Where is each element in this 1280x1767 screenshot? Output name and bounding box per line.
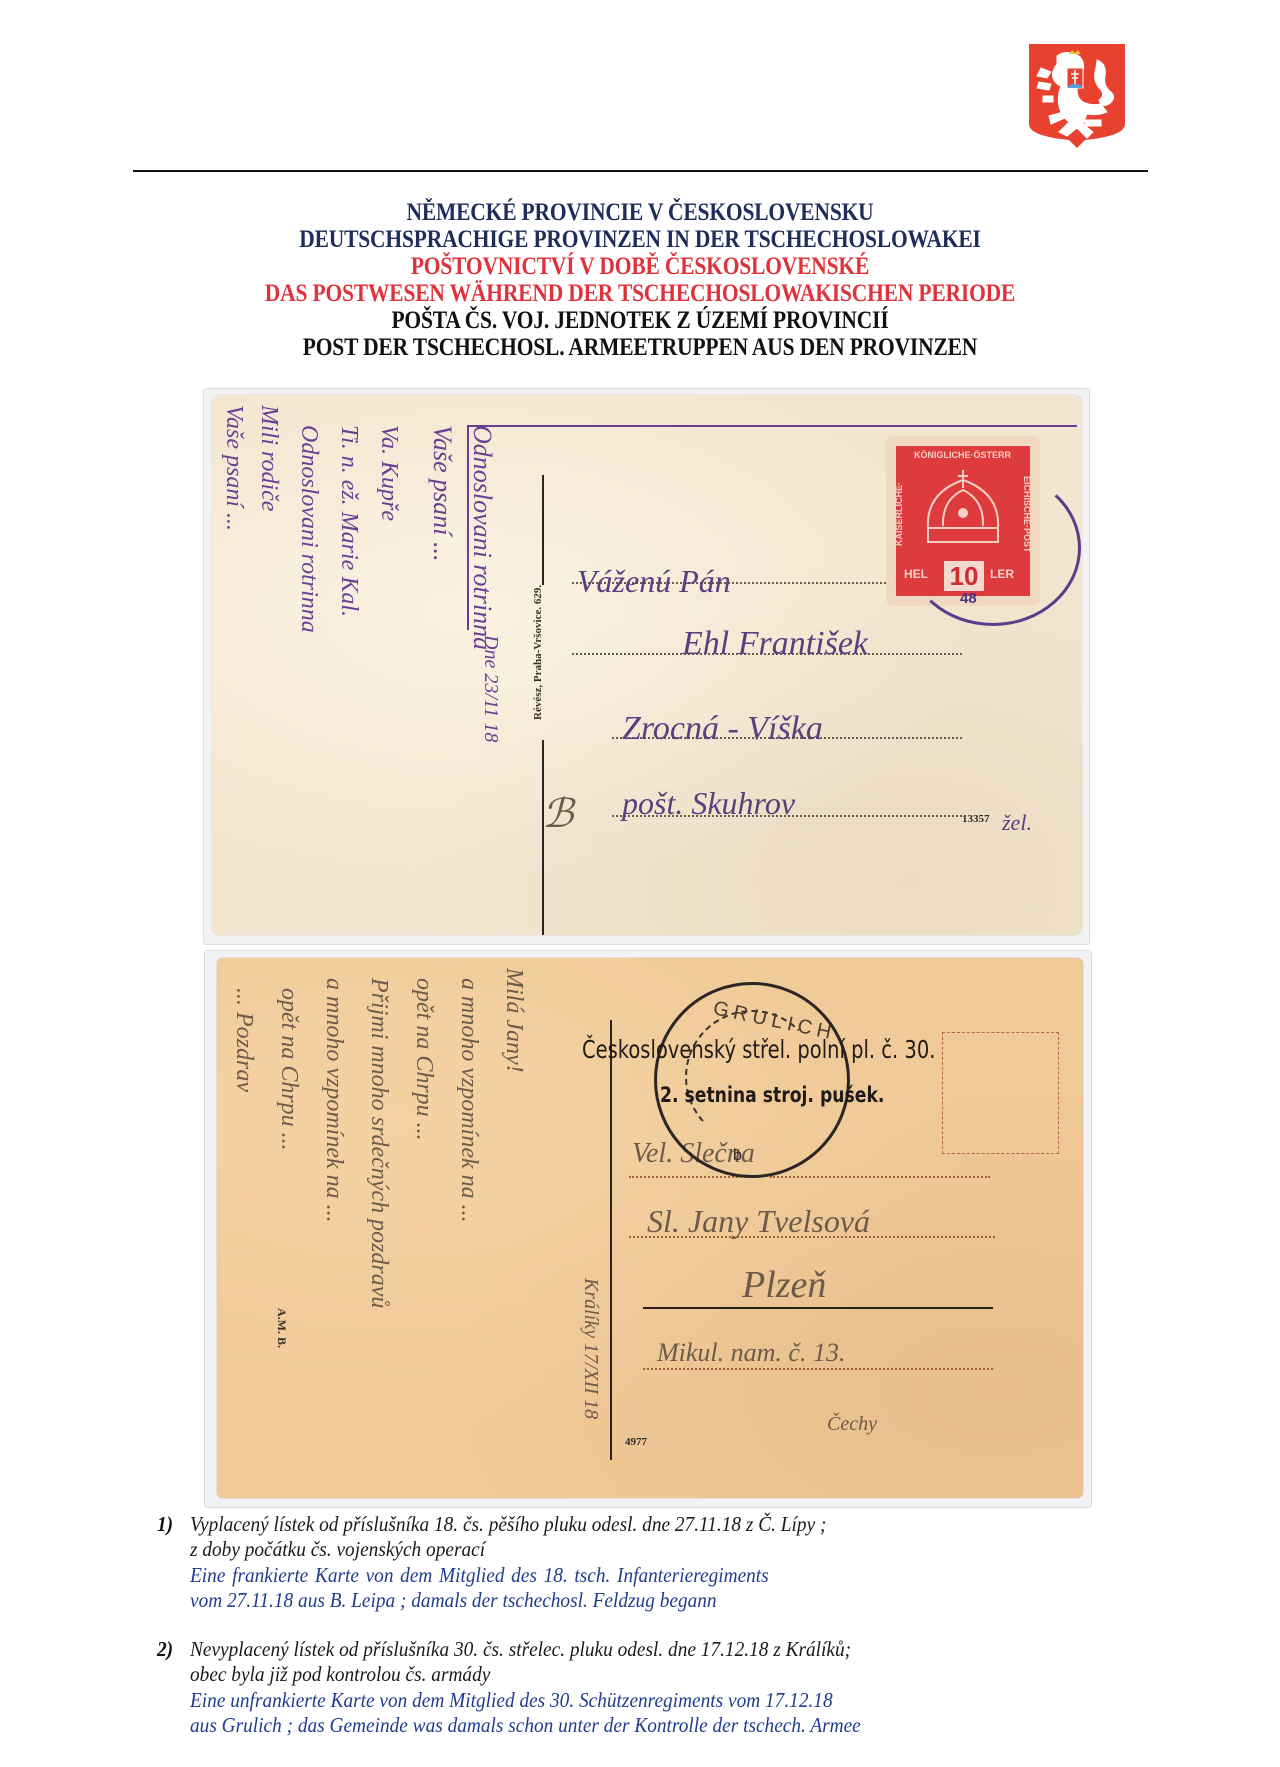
message-line: Vaše psaní ... [427,425,457,562]
postmark-letter: b [733,1147,742,1165]
message-line: Odnoslovani rotrinna [295,425,322,633]
message-line: Odnoslovani rotrinna [467,425,497,650]
card-divider-top [542,475,544,585]
address-line: Mikul. nam. č. 13. [657,1338,845,1368]
unit-cachet-line-1: Československý střel. polní pl. č. 30. [582,1035,935,1064]
publisher-mark: A.M. B. [274,1308,289,1348]
unit-cachet-line-2: 2. setnina stroj. pušek. [660,1083,884,1107]
address-line: Ehl František [682,625,868,663]
title-cz-postal: POŠTOVNICTVÍ V DOBĚ ČESKOSLOVENSKÉ [90,253,1191,281]
stamp-placeholder-box [942,1032,1059,1154]
message-line: Přijmi mnoho srdečných pozdravů [365,978,392,1308]
address-suffix: žel. [1002,810,1032,836]
message-line: Milá Jany! [500,968,527,1073]
caption-2-cz-line-2: obec byla již pod kontrolou čs. armády [190,1662,490,1687]
caption-1-de-line-2: vom 27.11.18 aus B. Leipa ; damals der t… [190,1588,717,1613]
message-line: opět na Chrpu ... [410,978,437,1141]
address-line: Plzeň [742,1263,826,1307]
title-de-military: POST DER TSCHECHOSL. ARMEETRUPPEN AUS DE… [90,334,1191,362]
card-divider [610,1020,612,1460]
address-country: Čechy [827,1413,877,1436]
czechoslovak-coat-of-arms-icon [1027,42,1127,150]
stamp-inscription: KAISERLICHE· [894,482,904,546]
address-line-guide [770,1176,990,1178]
handwritten-frame-line [467,425,1077,427]
message-line: ... Pozdrav [230,988,257,1092]
caption-2-cz-line-1: Nevyplacený lístek od příslušníka 30. čs… [190,1637,851,1662]
address-line-guide [643,1368,993,1370]
message-line: Mili rodiče [255,405,282,511]
card-number: 13357 [962,813,990,825]
caption-1-cz-line-1: Vyplacený lístek od příslušníka 18. čs. … [190,1512,826,1537]
card-divider-bottom [542,740,544,935]
title-cz-provinces: NĚMECKÉ PROVINCIE V ČESKOSLOVENSKU [90,199,1191,227]
title-de-postal: DAS POSTWESEN WÄHREND DER TSCHECHOSLOWAK… [90,280,1191,308]
postmark-violet [905,470,1081,626]
message-line: Ti. n. ež. Marie Kal. [335,425,362,617]
stamp-inscription: KÖNIGLICHE·ÖSTERR [914,450,1011,460]
address-line: Sl. Jany Tvelsová [647,1203,870,1240]
message-line: Va. Kupře [375,425,402,521]
title-cz-military: POŠTA ČS. VOJ. JEDNOTEK Z ÚZEMÍ PROVINCI… [90,307,1191,335]
pencil-mark: ℬ [542,790,573,837]
title-de-provinces: DEUTSCHSPRACHIGE PROVINZEN IN DER TSCHEC… [90,226,1191,254]
date-note: Dne 23/11 18 [479,635,502,742]
address-line: Váženú Pán [577,563,731,600]
caption-number: 1) [157,1512,173,1537]
caption-number: 2) [157,1637,173,1662]
caption-2-de-line-1: Eine unfrankierte Karte von dem Mitglied… [190,1688,833,1713]
caption-1-cz-line-2: z doby počátku čs. vojenských operací [190,1537,485,1562]
address-line: Zrocná - Víška [622,710,823,748]
address-line: pošt. Skuhrov [622,785,795,822]
handwritten-frame-line [467,425,469,630]
caption-2-de-line-2: aus Grulich ; das Gemeinde was damals sc… [190,1713,861,1738]
header-divider [133,170,1148,172]
card-number: 4977 [625,1436,647,1448]
message-line: a mnoho vzpomínek na ... [455,978,482,1223]
caption-1-de-line-1: Eine frankierte Karte von dem Mitglied d… [190,1563,769,1588]
date-note: Králíky 17/XII 18 [579,1278,602,1419]
address-line-town [643,1307,993,1309]
postmark-number: 48 [960,590,977,607]
message-line: opět na Chrpu ... [275,988,302,1151]
message-line: Vaše psaní ... [220,405,247,531]
message-line: a mnoho vzpomínek na ... [320,978,347,1223]
printer-imprint: Révész, Praha-Vršovice. 629. [532,585,544,720]
